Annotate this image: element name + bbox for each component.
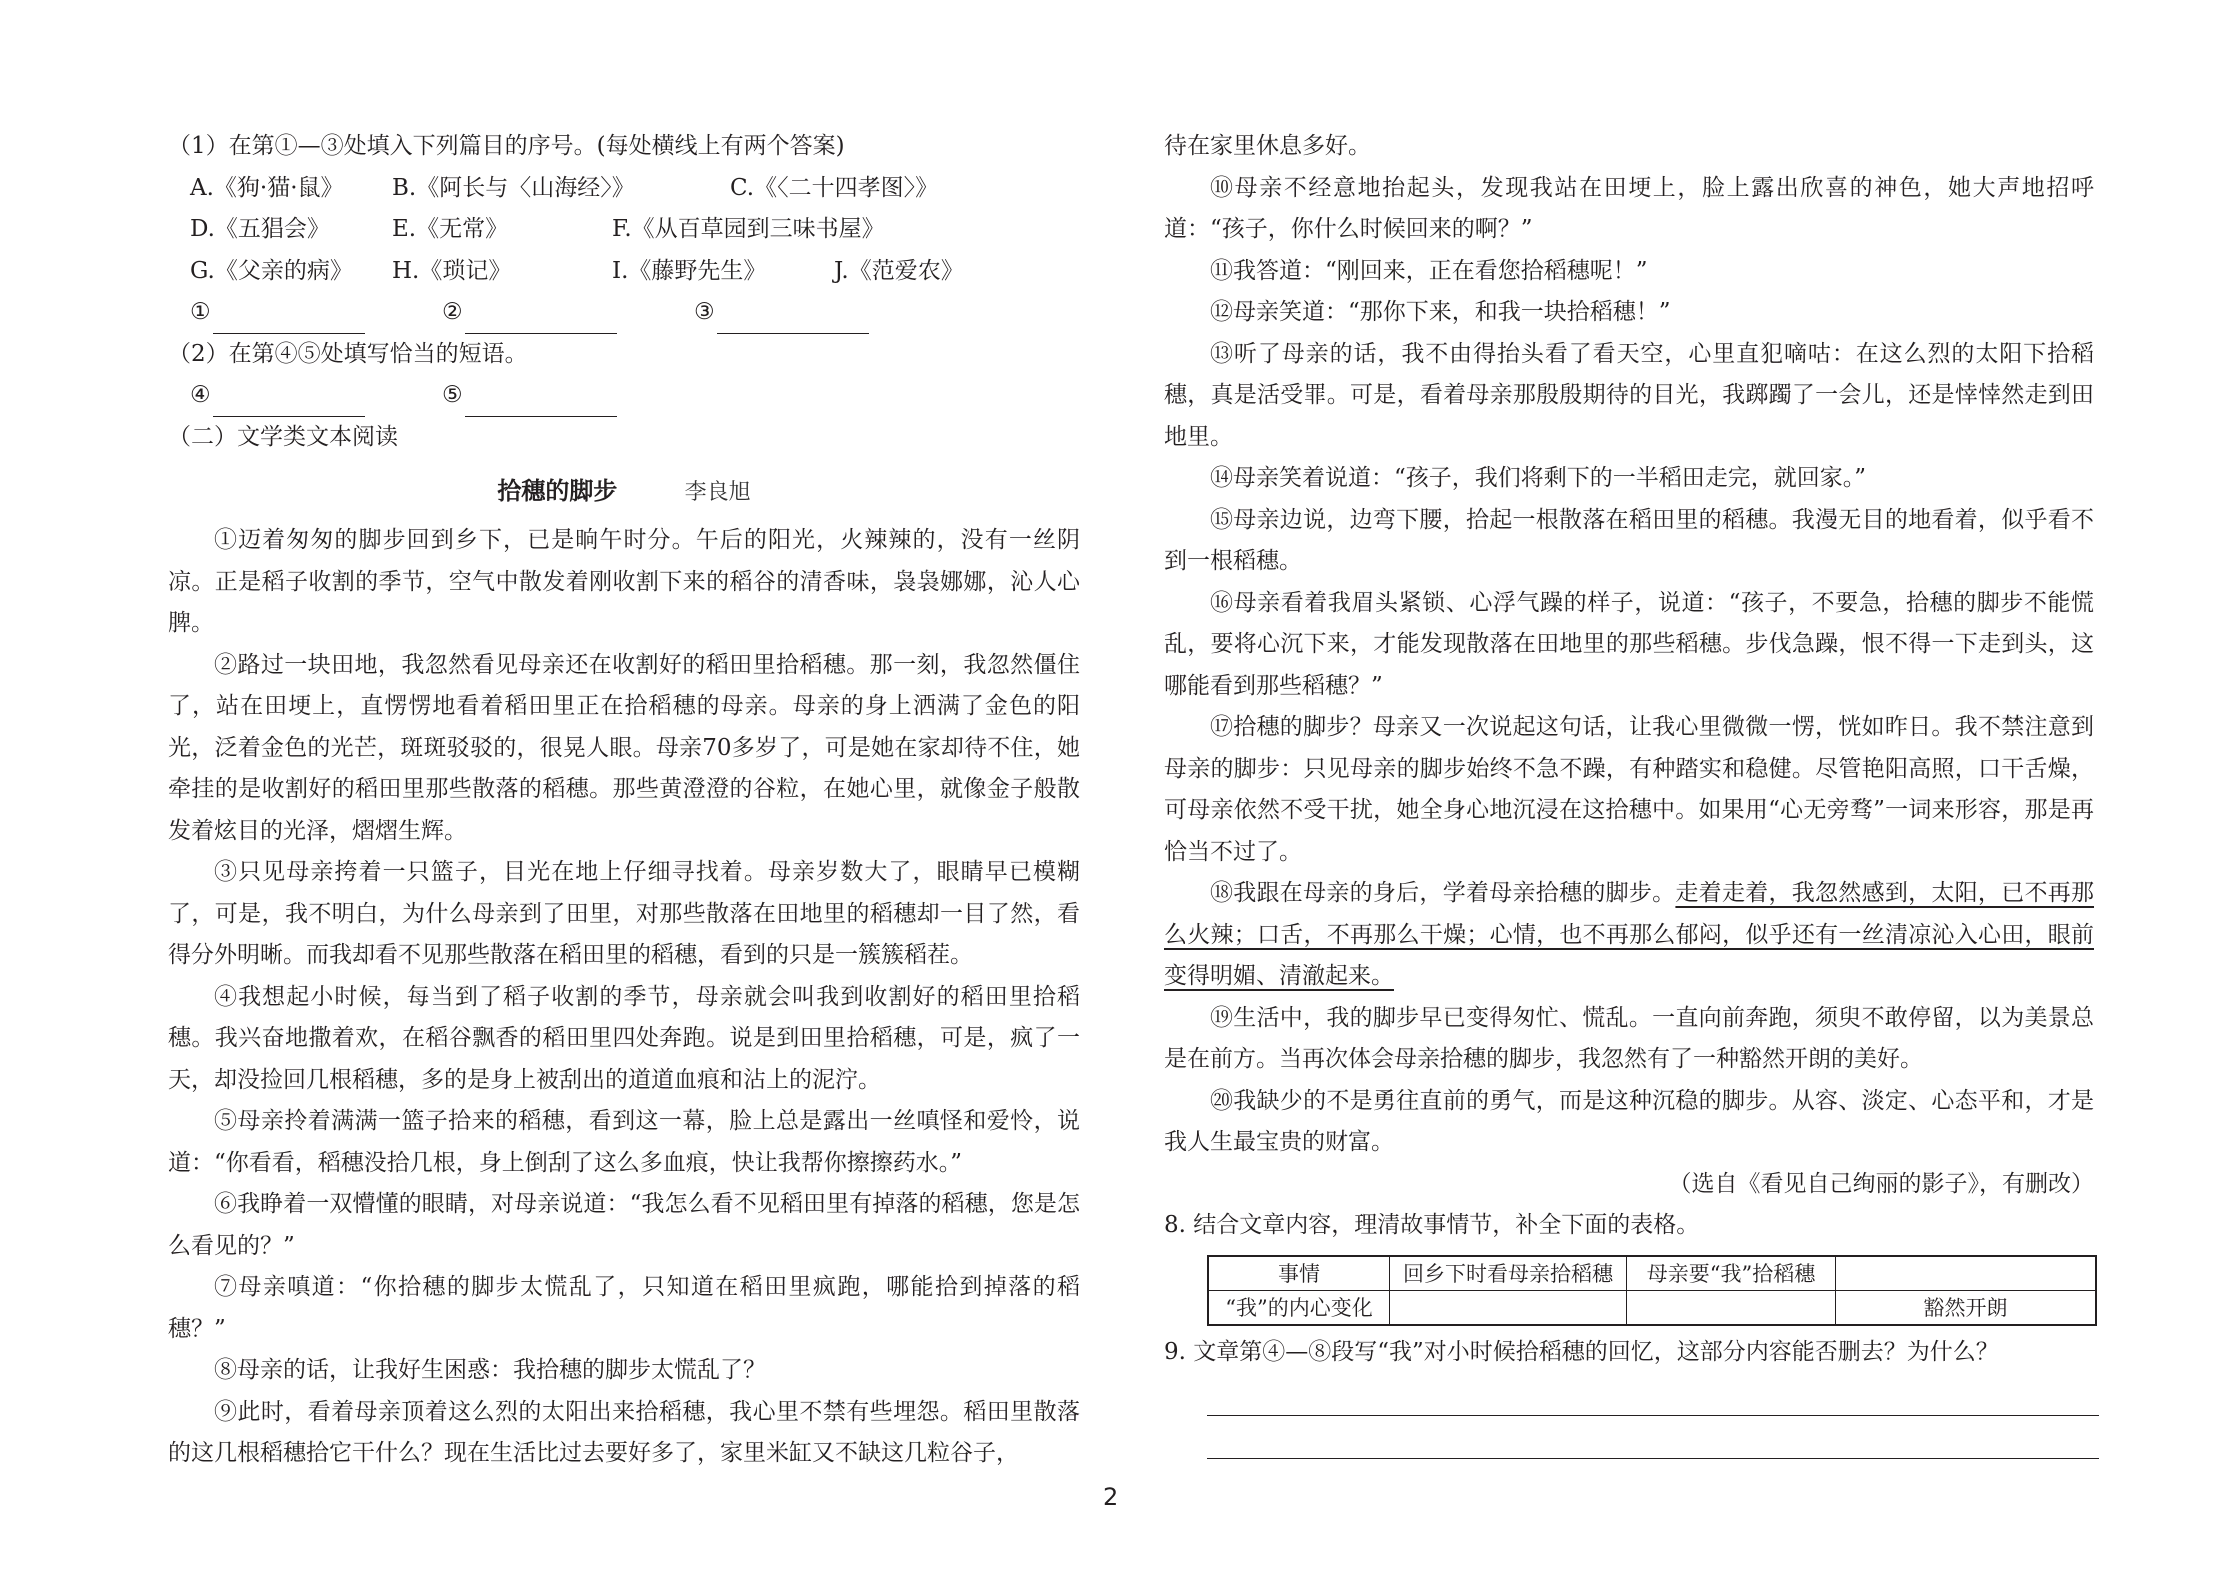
table-cell-blank[interactable] bbox=[1390, 1290, 1627, 1325]
q1-blanks: ① ② ③ bbox=[168, 292, 1080, 334]
blank-2[interactable]: ② bbox=[442, 292, 694, 334]
paragraph-12: ⑫母亲笑道：“那你下来，和我一块拾稻穗！” bbox=[1164, 292, 2094, 334]
paragraph-11: ⑪我答道：“刚回来，正在看您拾稻穗呢！” bbox=[1164, 251, 2094, 293]
paragraph-9: ⑨此时，看着母亲顶着这么烈的太阳出来拾稻穗，我心里不禁有些埋怨。稻田里散落的这几… bbox=[168, 1392, 1080, 1475]
table-cell: 豁然开朗 bbox=[1836, 1290, 2097, 1325]
q9-prompt: 9. 文章第④—⑧段写“我”对小时候拾稻穗的回忆，这部分内容能否删去？为什么？ bbox=[1164, 1332, 2094, 1374]
blank-5[interactable]: ⑤ bbox=[442, 375, 617, 417]
section-heading: （二）文学类文本阅读 bbox=[168, 417, 1080, 459]
option-g: G.《父亲的病》 bbox=[190, 251, 392, 293]
blank-line[interactable] bbox=[465, 390, 617, 417]
paragraph-14: ⑭母亲笑着说道：“孩子，我们将剩下的一半稻田走完，就回家。” bbox=[1164, 458, 2094, 500]
q1-options-row-2: D.《五猖会》 E.《无常》 F.《从百草园到三味书屋》 bbox=[168, 209, 1080, 251]
blank-label: ⑤ bbox=[442, 375, 463, 417]
blank-1[interactable]: ① bbox=[190, 292, 442, 334]
article-source: （选自《看见自己绚丽的影子》，有删改） bbox=[1164, 1164, 2094, 1206]
q2-prompt: （2）在第④⑤处填写恰当的短语。 bbox=[168, 334, 1080, 376]
paragraph-16: ⑯母亲看着我眉头紧锁、心浮气躁的样子，说道：“孩子，不要急，拾穗的脚步不能慌乱，… bbox=[1164, 583, 2094, 708]
q1-options-row-3: G.《父亲的病》 H.《琐记》 I.《藤野先生》 J.《范爱农》 bbox=[168, 251, 1080, 293]
paragraph-18-plain: ⑱我跟在母亲的身后，学着母亲拾穗的脚步。 bbox=[1210, 880, 1675, 906]
option-h: H.《琐记》 bbox=[392, 251, 612, 293]
blank-line[interactable] bbox=[717, 307, 869, 334]
option-a: A.《狗·猫·鼠》 bbox=[190, 168, 392, 210]
option-e: E.《无常》 bbox=[392, 209, 612, 251]
paragraph-1: ①迈着匆匆的脚步回到乡下，已是晌午时分。午后的阳光，火辣辣的，没有一丝阴凉。正是… bbox=[168, 520, 1080, 645]
option-c: C.《〈二十四孝图〉》 bbox=[730, 168, 938, 210]
table-cell-blank[interactable] bbox=[1836, 1256, 2097, 1291]
blank-label: ① bbox=[190, 292, 211, 334]
blank-line[interactable] bbox=[465, 307, 617, 334]
option-d: D.《五猖会》 bbox=[190, 209, 392, 251]
q8-prompt: 8. 结合文章内容，理清故事情节，补全下面的表格。 bbox=[1164, 1205, 2094, 1247]
paragraph-15: ⑮母亲边说，边弯下腰，拾起一根散落在稻田里的稻穗。我漫无目的地看着，似乎看不到一… bbox=[1164, 500, 2094, 583]
article-heading: 拾穗的脚步 李良旭 bbox=[168, 462, 1080, 520]
table-cell: 母亲要“我”拾稻穗 bbox=[1627, 1256, 1836, 1291]
paragraph-20: ⑳我缺少的不是勇往直前的勇气，而是这种沉稳的脚步。从容、淡定、心态平和，才是我人… bbox=[1164, 1081, 2094, 1164]
table-row: “我”的内心变化 豁然开朗 bbox=[1208, 1290, 2096, 1325]
plot-table: 事情 回乡下时看母亲拾稻穗 母亲要“我”拾稻穗 “我”的内心变化 豁然开朗 bbox=[1207, 1255, 2097, 1326]
paragraph-9-continuation: 待在家里休息多好。 bbox=[1164, 126, 2094, 168]
article-title: 拾穗的脚步 bbox=[497, 477, 617, 505]
paragraph-6: ⑥我睁着一双懵懂的眼睛，对母亲说道：“我怎么看不见稻田里有掉落的稻穗，您是怎么看… bbox=[168, 1184, 1080, 1267]
answer-line-1[interactable] bbox=[1207, 1373, 2099, 1416]
table-cell: “我”的内心变化 bbox=[1208, 1290, 1390, 1325]
q1-options-row-1: A.《狗·猫·鼠》 B.《阿长与〈山海经〉》 C.《〈二十四孝图〉》 bbox=[168, 168, 1080, 210]
paragraph-17: ⑰拾穗的脚步？母亲又一次说起这句话，让我心里微微一愣，恍如昨日。我不禁注意到母亲… bbox=[1164, 707, 2094, 873]
blank-4[interactable]: ④ bbox=[190, 375, 442, 417]
blank-label: ③ bbox=[694, 292, 715, 334]
paragraph-18: ⑱我跟在母亲的身后，学着母亲拾穗的脚步。走着走着，我忽然感到，太阳，已不再那么火… bbox=[1164, 873, 2094, 998]
q2-blanks: ④ ⑤ bbox=[168, 375, 1080, 417]
right-column: 待在家里休息多好。 ⑩母亲不经意地抬起头，发现我站在田埂上，脸上露出欣喜的神色，… bbox=[1164, 126, 2094, 1459]
article-author: 李良旭 bbox=[685, 480, 751, 505]
paragraph-10: ⑩母亲不经意地抬起头，发现我站在田埂上，脸上露出欣喜的神色，她大声地招呼道：“孩… bbox=[1164, 168, 2094, 251]
q1-prompt: （1）在第①—③处填入下列篇目的序号。(每处横线上有两个答案) bbox=[168, 126, 1080, 168]
blank-line[interactable] bbox=[213, 307, 365, 334]
option-b: B.《阿长与〈山海经〉》 bbox=[392, 168, 730, 210]
answer-line-2[interactable] bbox=[1207, 1416, 2099, 1459]
left-column: （1）在第①—③处填入下列篇目的序号。(每处横线上有两个答案) A.《狗·猫·鼠… bbox=[168, 126, 1080, 1475]
table-cell-blank[interactable] bbox=[1627, 1290, 1836, 1325]
paragraph-19: ⑲生活中，我的脚步早已变得匆忙、慌乱。一直向前奔跑，须臾不敢停留，以为美景总是在… bbox=[1164, 998, 2094, 1081]
table-cell: 事情 bbox=[1208, 1256, 1390, 1291]
blank-label: ② bbox=[442, 292, 463, 334]
paragraph-8: ⑧母亲的话，让我好生困惑：我拾穗的脚步太慌乱了？ bbox=[168, 1350, 1080, 1392]
paragraph-3: ③只见母亲挎着一只篮子，目光在地上仔细寻找着。母亲岁数大了，眼睛早已模糊了，可是… bbox=[168, 852, 1080, 977]
paragraph-4: ④我想起小时候，每当到了稻子收割的季节，母亲就会叫我到收割好的稻田里拾稻穗。我兴… bbox=[168, 977, 1080, 1102]
page-number: 2 bbox=[1103, 1483, 1118, 1511]
table-cell: 回乡下时看母亲拾稻穗 bbox=[1390, 1256, 1627, 1291]
option-f: F.《从百草园到三味书屋》 bbox=[612, 209, 885, 251]
option-j: J.《范爱农》 bbox=[834, 251, 964, 293]
paragraph-13: ⑬听了母亲的话，我不由得抬头看了看天空，心里直犯嘀咕：在这么烈的太阳下拾稻穗，真… bbox=[1164, 334, 2094, 459]
blank-label: ④ bbox=[190, 375, 211, 417]
paragraph-2: ②路过一块田地，我忽然看见母亲还在收割好的稻田里拾稻穗。那一刻，我忽然僵住了，站… bbox=[168, 645, 1080, 853]
blank-3[interactable]: ③ bbox=[694, 292, 869, 334]
blank-line[interactable] bbox=[213, 390, 365, 417]
option-i: I.《藤野先生》 bbox=[612, 251, 834, 293]
table-row: 事情 回乡下时看母亲拾稻穗 母亲要“我”拾稻穗 bbox=[1208, 1256, 2096, 1291]
paragraph-7: ⑦母亲嗔道：“你拾穗的脚步太慌乱了，只知道在稻田里疯跑，哪能拾到掉落的稻穗？” bbox=[168, 1267, 1080, 1350]
paragraph-5: ⑤母亲拎着满满一篮子拾来的稻穗，看到这一幕，脸上总是露出一丝嗔怪和爱怜，说道：“… bbox=[168, 1101, 1080, 1184]
